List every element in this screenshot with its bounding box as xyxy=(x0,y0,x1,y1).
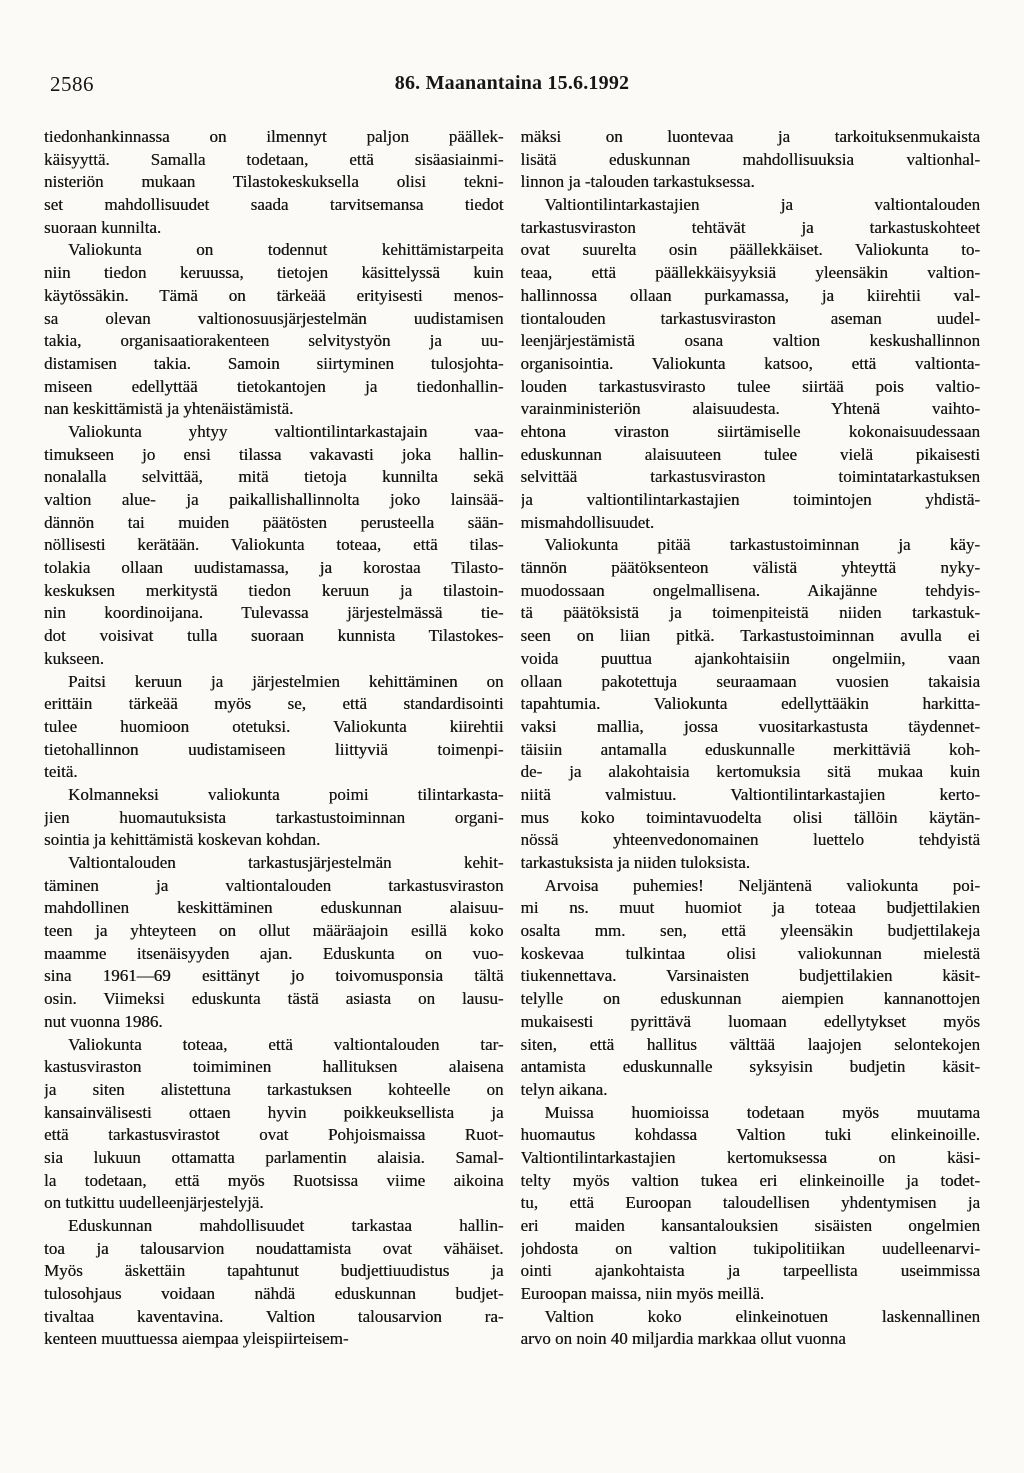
text-line: tiedonhankinnassa on ilmennyt paljon pää… xyxy=(44,126,504,149)
text-line: Valiokunta on todennut kehittämistarpeit… xyxy=(44,239,504,262)
paragraph: Eduskunnan mahdollisuudet tarkastaa hall… xyxy=(44,1215,504,1351)
text-line: mi ns. muut huomiot ja toteaa budjettila… xyxy=(521,897,981,920)
text-line: dot voisivat tulla suoraan kunnista Tila… xyxy=(44,625,504,648)
text-line: de- ja alakohtaisia kertomuksia sitä muk… xyxy=(521,761,981,784)
text-line: johdosta on valtion tukipolitiikan uudel… xyxy=(521,1238,981,1261)
text-line: suoraan kunnilta. xyxy=(44,217,504,240)
text-line: selvittää tarkastusviraston toimintatark… xyxy=(521,466,981,489)
text-line: Kolmanneksi valiokunta poimi tilintarkas… xyxy=(44,784,504,807)
text-line: nöllisesti kerätään. Valiokunta toteaa, … xyxy=(44,534,504,557)
text-line: osin. Viimeksi eduskunta tästä asiasta o… xyxy=(44,988,504,1011)
text-line: lisätä eduskunnan mahdollisuuksia valtio… xyxy=(521,149,981,172)
text-line: Paitsi keruun ja järjestelmien kehittämi… xyxy=(44,671,504,694)
left-column: tiedonhankinnassa on ilmennyt paljon pää… xyxy=(44,126,504,1351)
text-line: erittäin tärkeää myös se, että standardi… xyxy=(44,693,504,716)
text-line: nonalalla selvittää, mitä tietoja kunnil… xyxy=(44,466,504,489)
text-line: tarkastusviraston tehtävät ja tarkastusk… xyxy=(521,217,981,240)
text-line: mismahdollisuudet. xyxy=(521,512,981,535)
text-line: Valtiontilintarkastajien ja valtiontalou… xyxy=(521,194,981,217)
paragraph: Paitsi keruun ja järjestelmien kehittämi… xyxy=(44,671,504,784)
text-line: koskevaa tulkintaa olisi valiokunnan mie… xyxy=(521,943,981,966)
text-line: maamme itsenäisyyden ajan. Eduskunta on … xyxy=(44,943,504,966)
text-line: ovat suurelta osin päällekkäiset. Valiok… xyxy=(521,239,981,262)
text-line: Eduskunnan mahdollisuudet tarkastaa hall… xyxy=(44,1215,504,1238)
header-title: 86. Maanantaina 15.6.1992 xyxy=(44,72,980,95)
text-line: distamisen takia. Samoin siirtyminen tul… xyxy=(44,353,504,376)
text-line: on tutkittu uudelleenjärjestelyjä. xyxy=(44,1192,504,1215)
text-line: tolakia ollaan uudistamassa, ja korostaa… xyxy=(44,557,504,580)
text-line: Valtiontilintarkastajien kertomuksessa o… xyxy=(521,1147,981,1170)
text-line: mus koko toimintavuodelta olisi tällöin … xyxy=(521,807,981,830)
text-line: timukseen jo ensi tilassa vakavasti joka… xyxy=(44,444,504,467)
text-line: set mahdollisuudet saada tarvitsemansa t… xyxy=(44,194,504,217)
paragraph: Arvoisa puhemies! Neljäntenä valiokunta … xyxy=(521,875,981,1102)
text-line: tännön päätöksenteon välistä yhteyttä ny… xyxy=(521,557,981,580)
text-line: Muissa huomioissa todetaan myös muutama xyxy=(521,1102,981,1125)
text-line: eri maiden kansantalouksien sisäisten on… xyxy=(521,1215,981,1238)
text-line: keskuksen merkitystä tiedon keruun ja ti… xyxy=(44,580,504,603)
paragraph: mäksi on luontevaa ja tarkoituksenmukais… xyxy=(521,126,981,194)
text-line: teen ja yhteyteen on ollut määräajoin es… xyxy=(44,920,504,943)
text-line: tapahtumia. Valiokunta edellyttääkin har… xyxy=(521,693,981,716)
text-line: la todetaan, että myös Ruotsissa viime a… xyxy=(44,1170,504,1193)
text-line: tä päätöksistä ja toimenpiteistä niiden … xyxy=(521,602,981,625)
text-line: Myös äskettäin tapahtunut budjettiuudist… xyxy=(44,1260,504,1283)
text-line: muodossaan ongelmallisena. Aikajänne teh… xyxy=(521,580,981,603)
right-column: mäksi on luontevaa ja tarkoituksenmukais… xyxy=(521,126,981,1351)
text-line: tivaltaa kaventavina. Valtion talousarvi… xyxy=(44,1306,504,1329)
text-line: tiontalouden tarkastusviraston aseman uu… xyxy=(521,308,981,331)
text-line: toa ja talousarvion noudattamista ovat v… xyxy=(44,1238,504,1261)
text-line: sina 1961—69 esittänyt jo toivomusponsia… xyxy=(44,965,504,988)
text-line: teitä. xyxy=(44,761,504,784)
paragraph: Valtiontilintarkastajien ja valtiontalou… xyxy=(521,194,981,534)
paragraph: Muissa huomioissa todetaan myös muutamah… xyxy=(521,1102,981,1306)
paragraph: Valtiontalouden tarkastusjärjestelmän ke… xyxy=(44,852,504,1034)
text-line: täisiin antamalla eduskunnalle merkittäv… xyxy=(521,739,981,762)
text-line: vaksi mallia, jossa vuositarkastusta täy… xyxy=(521,716,981,739)
text-line: mukaisesti pyrittävä luomaan edellytykse… xyxy=(521,1011,981,1034)
text-line: mahdollinen keskittäminen eduskunnan ala… xyxy=(44,897,504,920)
text-line: ollaan pakotettuja seuraamaan vuosien ta… xyxy=(521,671,981,694)
text-line: voida puuttua ajankohtaisiin ongelmiin, … xyxy=(521,648,981,671)
paragraph: Valiokunta pitää tarkastustoiminnan ja k… xyxy=(521,534,981,874)
page-header: 2586 86. Maanantaina 15.6.1992 xyxy=(44,72,980,98)
paragraph: Valiokunta yhtyy valtiontilintarkastajai… xyxy=(44,421,504,671)
text-line: nössä yhteenvedonomainen luettelo tehdyi… xyxy=(521,829,981,852)
text-line: nin koordinoijana. Tulevassa järjestelmä… xyxy=(44,602,504,625)
text-line: ja siten alistettuna tarkastuksen kohtee… xyxy=(44,1079,504,1102)
text-line: Arvoisa puhemies! Neljäntenä valiokunta … xyxy=(521,875,981,898)
text-line: organisointia. Valiokunta katsoo, että v… xyxy=(521,353,981,376)
text-line: sia lukuun ottamatta parlamentin alaisia… xyxy=(44,1147,504,1170)
text-line: varainministeriön alaisuudesta. Yhtenä v… xyxy=(521,398,981,421)
text-line: telyn aikana. xyxy=(521,1079,981,1102)
text-line: mäksi on luontevaa ja tarkoituksenmukais… xyxy=(521,126,981,149)
text-line: tulosohjaus voidaan nähdä eduskunnan bud… xyxy=(44,1283,504,1306)
text-line: käytössäkin. Tämä on tärkeää erityisesti… xyxy=(44,285,504,308)
paragraph: Kolmanneksi valiokunta poimi tilintarkas… xyxy=(44,784,504,852)
text-line: nan keskittämistä ja yhtenäistämistä. xyxy=(44,398,504,421)
text-line: ja valtiontilintarkastajien toimintojen … xyxy=(521,489,981,512)
text-line: nut vuonna 1986. xyxy=(44,1011,504,1034)
document-page: 2586 86. Maanantaina 15.6.1992 tiedonhan… xyxy=(0,0,1024,1473)
text-line: seen on liian pitkä. Tarkastustoiminnan … xyxy=(521,625,981,648)
text-line: kansainvälisesti ottaen hyvin poikkeukse… xyxy=(44,1102,504,1125)
text-line: osalta mm. sen, että yleensäkin budjetti… xyxy=(521,920,981,943)
text-line: teaa, että päällekkäisyyksiä yleensäkin … xyxy=(521,262,981,285)
text-line: käisyyttä. Samalla todetaan, että sisäas… xyxy=(44,149,504,172)
text-line: arvo on noin 40 miljardia markkaa ollut … xyxy=(521,1328,981,1351)
text-line: tulee huomioon otetuksi. Valiokunta kiir… xyxy=(44,716,504,739)
text-line: Valtion koko elinkeinotuen laskennalline… xyxy=(521,1306,981,1329)
text-line: linnon ja -talouden tarkastuksessa. xyxy=(521,171,981,194)
text-line: kukseen. xyxy=(44,648,504,671)
text-line: niin tiedon keruussa, tietojen käsittely… xyxy=(44,262,504,285)
text-line: louden tarkastusvirasto tulee siirtää po… xyxy=(521,376,981,399)
text-line: antamista eduskunnalle syksyisin budjeti… xyxy=(521,1056,981,1079)
text-line: huomautus kohdassa Valtion tuki elinkein… xyxy=(521,1124,981,1147)
text-line: tarkastuksista ja niiden tuloksista. xyxy=(521,852,981,875)
text-line: takia, organisaatiorakenteen selvitystyö… xyxy=(44,330,504,353)
text-line: sa olevan valtionosuusjärjestelmän uudis… xyxy=(44,308,504,331)
text-line: niitä valmistuu. Valtiontilintarkastajie… xyxy=(521,784,981,807)
text-line: Valtiontalouden tarkastusjärjestelmän ke… xyxy=(44,852,504,875)
text-line: Valiokunta toteaa, että valtiontalouden … xyxy=(44,1034,504,1057)
paragraph: Valiokunta toteaa, että valtiontalouden … xyxy=(44,1034,504,1216)
text-line: ointi ajankohtaista ja tarpeellista usei… xyxy=(521,1260,981,1283)
text-line: tietohallinnon uudistamiseen liittyviä t… xyxy=(44,739,504,762)
text-line: telty myös valtion tukea eri elinkeinoil… xyxy=(521,1170,981,1193)
text-line: hallinnossa ollaan purkamassa, ja kiireh… xyxy=(521,285,981,308)
page-number: 2586 xyxy=(50,72,94,97)
text-line: siten, että hallitus välttää laajojen se… xyxy=(521,1034,981,1057)
text-line: eduskunnan alaisuuteen tulee vielä pikai… xyxy=(521,444,981,467)
paragraph: Valiokunta on todennut kehittämistarpeit… xyxy=(44,239,504,421)
text-line: tiukennettava. Varsinaisten budjettilaki… xyxy=(521,965,981,988)
text-line: valtion alue- ja paikallishallinnolta jo… xyxy=(44,489,504,512)
text-line: nisteriön mukaan Tilastokeskuksella olis… xyxy=(44,171,504,194)
text-line: kastusviraston toimiminen hallituksen al… xyxy=(44,1056,504,1079)
text-line: tu, että Euroopan taloudellisen yhdentym… xyxy=(521,1192,981,1215)
text-line: miseen edellyttää tietokantojen ja tiedo… xyxy=(44,376,504,399)
text-line: Valiokunta pitää tarkastustoiminnan ja k… xyxy=(521,534,981,557)
paragraph: tiedonhankinnassa on ilmennyt paljon pää… xyxy=(44,126,504,239)
text-line: jien huomautuksista tarkastustoiminnan o… xyxy=(44,807,504,830)
text-line: Valiokunta yhtyy valtiontilintarkastajai… xyxy=(44,421,504,444)
text-line: leenjärjestämistä osana valtion keskusha… xyxy=(521,330,981,353)
text-line: dännön tai muiden päätösten perusteella … xyxy=(44,512,504,535)
text-line: täminen ja valtiontalouden tarkastusvira… xyxy=(44,875,504,898)
paragraph: Valtion koko elinkeinotuen laskennalline… xyxy=(521,1306,981,1351)
text-line: sointia ja kehittämistä koskevan kohdan. xyxy=(44,829,504,852)
text-line: Euroopan maissa, niin myös meillä. xyxy=(521,1283,981,1306)
text-columns: tiedonhankinnassa on ilmennyt paljon pää… xyxy=(44,126,980,1351)
text-line: että tarkastusvirastot ovat Pohjoismaiss… xyxy=(44,1124,504,1147)
text-line: kenteen muuttuessa aiempaa yleispiirteis… xyxy=(44,1328,504,1351)
text-line: ehtona viraston siirtämiselle kokonaisuu… xyxy=(521,421,981,444)
text-line: telylle on eduskunnan aiempien kannanott… xyxy=(521,988,981,1011)
